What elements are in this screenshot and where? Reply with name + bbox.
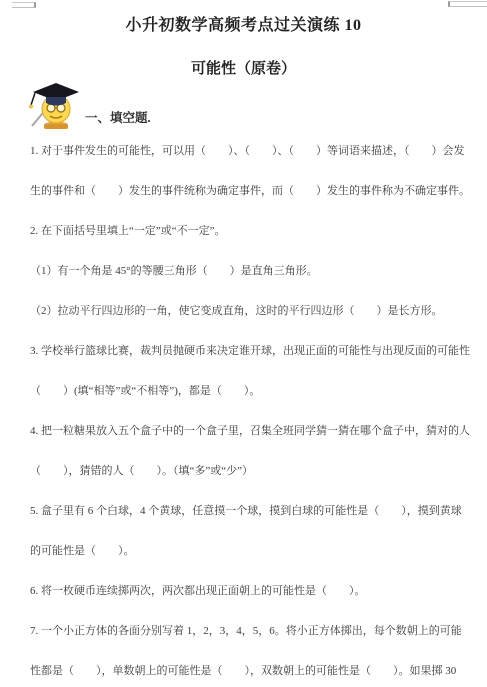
- section-heading: 一、填空题.: [85, 108, 151, 126]
- graduate-smiley-icon: [25, 80, 83, 132]
- question-line: 2. 在下面括号里填上“一定”或“不一定”。: [30, 211, 480, 251]
- document-subtitle: 可能性（原卷）: [0, 57, 487, 78]
- page-edge-artifact-left: [12, 2, 36, 8]
- document-page: 小升初数学高频考点过关演练 10 可能性（原卷） 一、填空题. 1.: [0, 0, 487, 687]
- document-title: 小升初数学高频考点过关演练 10: [0, 12, 487, 35]
- question-line: 6. 将一枚硬币连续掷两次，两次都出现正面朝上的可能性是（ ）。: [30, 571, 480, 611]
- page-edge-artifact-right: [448, 1, 487, 7]
- question-line: （ ）(填“相等”或“不相等”)，都是（ ）。: [30, 371, 480, 411]
- question-line: 生的事件和（ ）发生的事件统称为确定事件，而（ ）发生的事件称为不确定事件。: [30, 171, 480, 211]
- question-line: 1. 对于事件发生的可能性，可以用（ ）、（ ）、（ ）等词语来描述，（ ）会发: [30, 131, 480, 171]
- question-lines: 1. 对于事件发生的可能性，可以用（ ）、（ ）、（ ）等词语来描述，（ ）会发…: [30, 131, 480, 687]
- question-line: 4. 把一粒糖果放入五个盒子中的一个盒子里，召集全班同学猜一猜在哪个盒子中，猜对…: [30, 411, 480, 451]
- question-line: 5. 盒子里有 6 个白球，4 个黄球，任意摸一个球，摸到白球的可能性是（ ），…: [30, 491, 480, 531]
- question-line: 性都是（ ），单数朝上的可能性是（ ），双数朝上的可能性是（ ）。如果掷 30: [30, 651, 480, 687]
- question-line: （ ），猜错的人（ ）。（填“多”或“少”）: [30, 451, 480, 491]
- question-line: 的可能性是（ ）。: [30, 531, 480, 571]
- question-line: 7. 一个小正方体的各面分别写着 1，2，3，4，5，6。将小正方体掷出，每个数…: [30, 611, 480, 651]
- question-line: 3. 学校举行篮球比赛，裁判员抛硬币来决定谁开球，出现正面的可能性与出现反面的可…: [30, 331, 480, 371]
- question-line: （1）有一个角是 45°的等腰三角形（ ）是直角三角形。: [30, 251, 480, 291]
- question-line: （2）拉动平行四边形的一角，使它变成直角，这时的平行四边形（ ）是长方形。: [30, 291, 480, 331]
